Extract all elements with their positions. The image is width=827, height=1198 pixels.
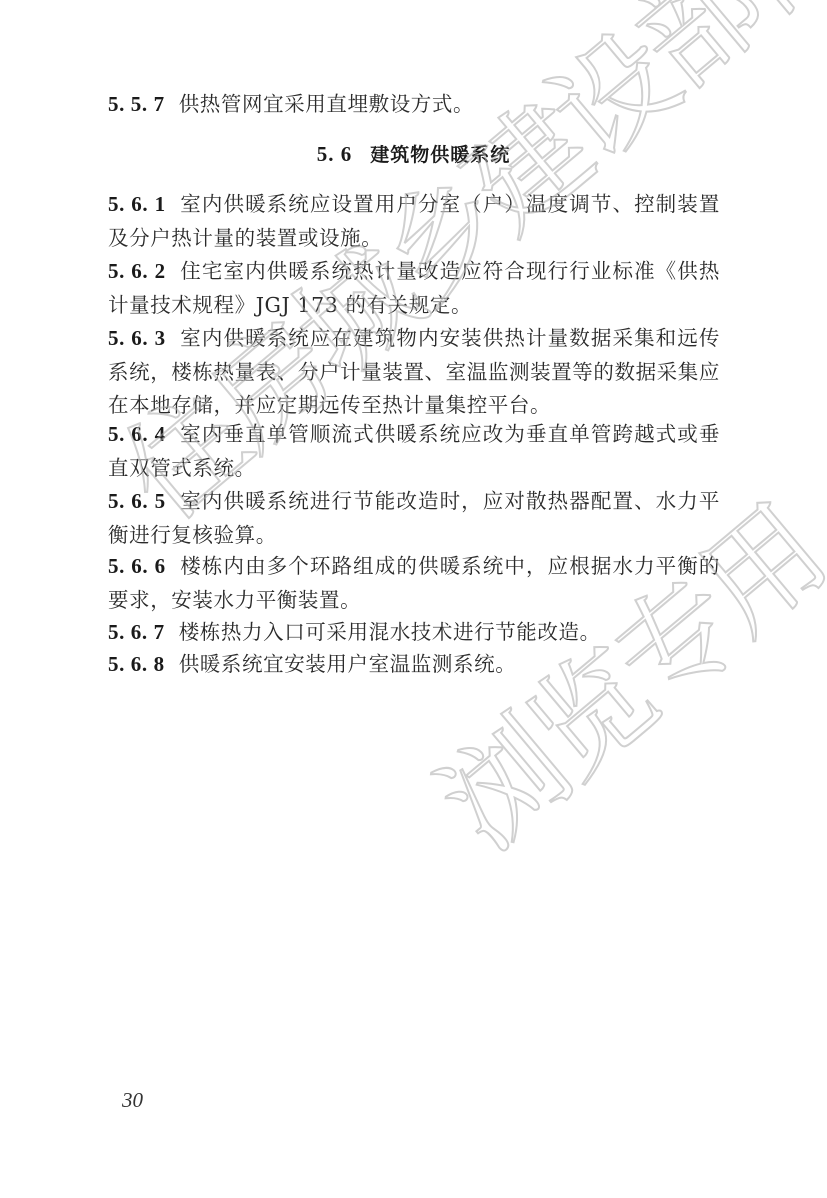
page-number: 30 xyxy=(122,1088,143,1113)
document-page: 5. 5. 7供热管网宜采用直埋敷设方式。 5. 6建筑物供暖系统 5. 6. … xyxy=(0,0,827,1198)
clause-number: 5. 6. 3 xyxy=(108,326,166,350)
clause-5-6-5: 5. 6. 5室内供暖系统进行节能改造时，应对散热器配置、水力平衡进行复核验算。 xyxy=(108,485,720,552)
clause-text: 楼栋内由多个环路组成的供暖系统中，应根据水力平衡的要求，安装水力平衡装置。 xyxy=(108,554,720,612)
clause-text: 住宅室内供暖系统热计量改造应符合现行行业标准《供热计量技术规程》JGJ 173 … xyxy=(108,259,720,317)
section-number: 5. 6 xyxy=(317,142,353,166)
clause-number: 5. 5. 7 xyxy=(108,92,165,116)
clause-5-5-7: 5. 5. 7供热管网宜采用直埋敷设方式。 xyxy=(108,88,720,122)
clause-text: 室内供暖系统应在建筑物内安装供热计量数据采集和远传系统，楼栋热量表、分户计量装置… xyxy=(108,326,720,417)
clause-5-6-2: 5. 6. 2住宅室内供暖系统热计量改造应符合现行行业标准《供热计量技术规程》J… xyxy=(108,255,720,322)
clause-number: 5. 6. 2 xyxy=(108,259,166,283)
clause-number: 5. 6. 6 xyxy=(108,554,166,578)
clause-number: 5. 6. 8 xyxy=(108,652,165,676)
section-heading: 5. 6建筑物供暖系统 xyxy=(0,140,827,167)
clause-text: 供暖系统宜安装用户室温监测系统。 xyxy=(179,652,517,676)
clause-5-6-3: 5. 6. 3室内供暖系统应在建筑物内安装供热计量数据采集和远传系统，楼栋热量表… xyxy=(108,322,720,423)
clause-5-6-4: 5. 6. 4室内垂直单管顺流式供暖系统应改为垂直单管跨越式或垂直双管式系统。 xyxy=(108,418,720,485)
section-title: 建筑物供暖系统 xyxy=(370,144,510,166)
clause-number: 5. 6. 4 xyxy=(108,422,166,446)
clause-text: 供热管网宜采用直埋敷设方式。 xyxy=(179,92,474,116)
clause-text: 室内供暖系统进行节能改造时，应对散热器配置、水力平衡进行复核验算。 xyxy=(108,489,720,547)
clause-number: 5. 6. 7 xyxy=(108,620,165,644)
clause-5-6-1: 5. 6. 1室内供暖系统应设置用户分室（户）温度调节、控制装置及分户热计量的装… xyxy=(108,188,720,255)
clause-5-6-8: 5. 6. 8供暖系统宜安装用户室温监测系统。 xyxy=(108,648,720,682)
clause-5-6-7: 5. 6. 7楼栋热力入口可采用混水技术进行节能改造。 xyxy=(108,616,720,650)
clause-text: 楼栋热力入口可采用混水技术进行节能改造。 xyxy=(179,620,601,644)
clause-number: 5. 6. 5 xyxy=(108,489,166,513)
clause-number: 5. 6. 1 xyxy=(108,192,166,216)
clause-text: 室内供暖系统应设置用户分室（户）温度调节、控制装置及分户热计量的装置或设施。 xyxy=(108,192,720,250)
clause-5-6-6: 5. 6. 6楼栋内由多个环路组成的供暖系统中，应根据水力平衡的要求，安装水力平… xyxy=(108,550,720,617)
clause-text: 室内垂直单管顺流式供暖系统应改为垂直单管跨越式或垂直双管式系统。 xyxy=(108,422,720,480)
